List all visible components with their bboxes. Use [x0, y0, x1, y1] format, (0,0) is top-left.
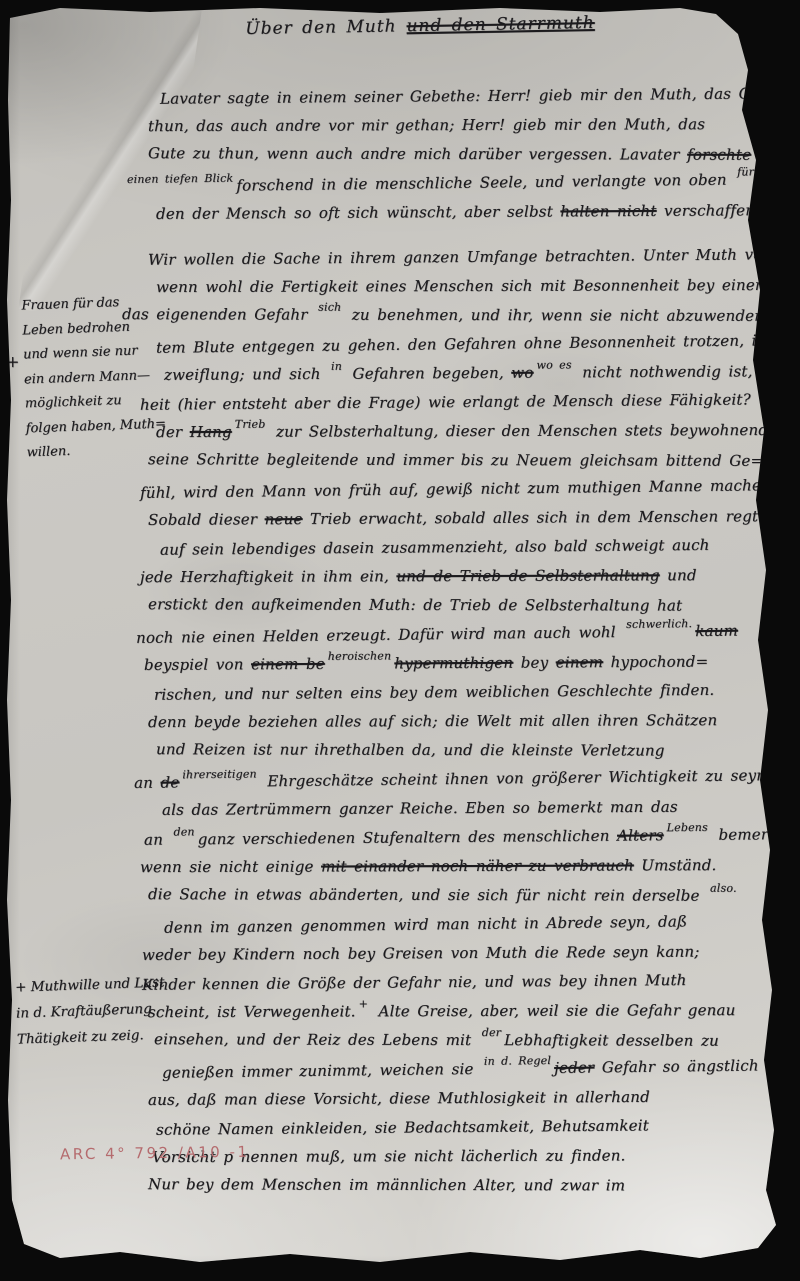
hw-text: genießen immer zunimmt, weichen sie: [162, 1060, 481, 1082]
hw-text: jede Herzhaftigkeit in ihm ein,: [140, 567, 396, 586]
hw-text: immer: [780, 146, 800, 164]
hw-text: Lavater sagte in einem seiner Gebethe: H…: [160, 84, 800, 108]
hw-struck: hypermuthigen: [394, 654, 513, 673]
hw-text: nicht nothwendig ist, heißt Tollkühn=: [575, 361, 800, 381]
handwriting-line: Lavater sagte in einem seiner Gebethe: H…: [160, 79, 778, 113]
scan-background: Über den Muthund den Starrmuth Lavater s…: [0, 0, 800, 1281]
hw-text: beyspiel von: [144, 655, 251, 674]
hw-sup: ihrerseitigen: [182, 759, 257, 789]
margin-note-line: folgen haben, Muth=: [25, 412, 166, 441]
hw-struck-underline: und den Starrmuth: [406, 13, 595, 36]
hw-text: heit (hier entsteht aber die Frage) wie …: [140, 390, 751, 413]
hw-text: als das Zertrümmern ganzer Reiche. Eben …: [162, 798, 678, 819]
hw-sup: +: [359, 989, 369, 1018]
hw-text: den der Mensch so oft sich wünscht, aber…: [156, 202, 560, 222]
hw-text: auf sein lebendiges dasein zusammenzieht…: [160, 536, 710, 559]
handwriting-line: aus, daß man diese Vorsicht, diese Muthl…: [148, 1082, 778, 1115]
handwriting-line: Sobald dieser neue Trieb erwacht, sobald…: [148, 502, 778, 535]
hw-sup: that: [754, 133, 777, 162]
hw-text: Sobald dieser: [148, 510, 265, 529]
margin-note-line: ein andern Mann—: [24, 363, 165, 392]
hw-struck: jeder: [554, 1058, 594, 1076]
hw-sup: schwerlich.: [626, 609, 692, 639]
hw-struck: Hang: [190, 423, 232, 441]
handwriting-line: Kinder kennen die Größe der Gefahr nie, …: [142, 965, 778, 1000]
hw-struck: mit einander noch näher zu verbrauch: [321, 856, 634, 875]
handwriting-line: rischen, und nur selten eins bey dem wei…: [154, 675, 778, 709]
handwriting-line: der HangTrieb zur Selbsterhaltung, diese…: [156, 416, 778, 447]
handwriting-line: weder bey Kindern noch bey Greisen von M…: [142, 937, 778, 970]
hw-text: weder bey Kindern noch bey Greisen von M…: [142, 943, 700, 964]
handwriting-line: den der Mensch so oft sich wünscht, aber…: [156, 196, 778, 229]
hw-sup: die Leichtsinn: [781, 317, 800, 347]
hw-text: und Reizen ist nur ihrethalben da, und d…: [156, 740, 665, 759]
hw-sup: wo es: [536, 350, 571, 379]
handwriting-line: die Sache in etwas abänderten, und sie s…: [148, 880, 778, 911]
margin-note-line: in d. Kraftäußerung: [16, 995, 166, 1026]
hw-struck: halten nicht: [560, 202, 656, 221]
hw-text: denn im ganzen genommen wird man nicht i…: [164, 912, 687, 936]
hw-struck: wo: [511, 364, 533, 382]
hw-struck: de: [160, 773, 179, 791]
handwriting-line: einsehen, und der Reiz des Lebens mit de…: [154, 1025, 778, 1056]
hw-text: wenn sie nicht einige: [140, 857, 321, 876]
hw-sup: Trieb: [235, 410, 266, 439]
page-title: Über den Muthund den Starrmuth: [120, 11, 720, 41]
hw-text: zweiflung; und sich: [164, 365, 328, 384]
hw-text: die Sache in etwas abänderten, und sie s…: [148, 885, 707, 904]
hw-text: an: [134, 774, 161, 792]
hw-text: scheint, ist Verwegenheit.: [148, 1002, 356, 1021]
hw-text: Gefahren begeben,: [345, 364, 511, 383]
margin-note-line: willen.: [26, 437, 167, 466]
hw-text: an: [144, 831, 171, 849]
handwriting-line: Nur bey dem Menschen im männlichen Alter…: [148, 1170, 778, 1201]
hw-text: Über den Muth: [245, 16, 397, 39]
hw-sup: den: [173, 817, 195, 846]
handwriting-line: jede Herzhaftigkeit in ihm ein, und de T…: [140, 561, 778, 592]
hw-text: wenn wohl die Fertigkeit eines Menschen …: [156, 276, 770, 296]
hw-text: bemerken,: [711, 825, 800, 844]
handwriting-line: an denganz verschiedenen Stufenaltern de…: [144, 820, 778, 855]
hw-struck: und de Trieb de Selbsterhaltung: [396, 566, 659, 585]
hw-struck: einem: [556, 653, 604, 671]
hw-text: schöne Namen einkleiden, sie Bedachtsamk…: [156, 1116, 649, 1138]
hw-text: Trieb erwacht, sobald alles sich in dem …: [302, 507, 758, 528]
hw-text: ganz verschiedenen Stufenaltern des mens…: [198, 827, 617, 849]
handwriting-line: wenn wohl die Fertigkeit eines Menschen …: [156, 271, 778, 302]
hw-struck: einem be: [251, 655, 325, 673]
handwriting-line: schöne Namen einkleiden, sie Bedachtsamk…: [156, 1110, 778, 1144]
hw-text: fühl, wird den Mann von früh auf, gewiß …: [140, 476, 776, 502]
handwriting-line: thun, das auch andre vor mir gethan; Her…: [148, 110, 778, 141]
handwriting-line: das eigenenden Gefahr sich zu benehmen, …: [122, 300, 778, 331]
hw-text: tem Blute entgegen zu gehen. den Gefahre…: [156, 331, 778, 357]
hw-sup: heroischen: [328, 641, 392, 670]
handwriting-line: scheint, ist Verwegenheit.+ Alte Greise,…: [148, 996, 778, 1027]
hw-text: aus, daß man diese Vorsicht, diese Muthl…: [148, 1088, 650, 1109]
handwriting-line: Wir wollen die Sache in ihrem ganzen Umf…: [148, 240, 778, 274]
hw-sup: Lebens: [666, 813, 708, 842]
hw-text: Gefahr so ängstlich: [594, 1056, 759, 1076]
hw-struck: kaum: [695, 622, 738, 641]
manuscript-page: Über den Muthund den Starrmuth Lavater s…: [0, 0, 800, 1281]
hw-text: Wir wollen die Sache in ihrem ganzen Umf…: [148, 245, 800, 269]
handwriting-line: auf sein lebendiges dasein zusammenzieht…: [160, 530, 778, 564]
handwriting-line: wenn sie nicht einige mit einander noch …: [140, 851, 778, 882]
hw-sup: also.: [710, 874, 737, 903]
hw-text: zu benehmen, und ihr, wenn sie nicht abz…: [344, 306, 800, 325]
hw-struck: Alters: [617, 826, 664, 844]
hw-text: und: [660, 566, 697, 584]
hw-text: rischen, und nur selten eins bey dem wei…: [154, 681, 715, 704]
handwriting-line: denn beyde beziehen alles auf sich; die …: [148, 706, 778, 737]
hw-text: denn beyde beziehen alles auf sich; die …: [148, 711, 717, 731]
hw-text: thun, das auch andre vor mir gethan; Her…: [148, 115, 705, 135]
hw-text: seine Schritte begleitende und immer bis…: [148, 450, 763, 470]
hw-text: verschaffen kann.: [657, 201, 800, 220]
hw-sup: in: [331, 352, 342, 381]
margin-note-upper: Frauen für dasLeben bedrohenund wenn sie…: [21, 290, 167, 466]
hw-text: hypochond=: [603, 652, 708, 671]
margin-note-lower: + Muthwille und Lustin d. KraftäußerungT…: [15, 969, 167, 1052]
hw-sup: der: [482, 1018, 501, 1047]
hw-text: zur Selbsterhaltung, dieser den Menschen…: [268, 421, 800, 441]
hw-text: erstickt den aufkeimenden Muth: de Trieb…: [148, 595, 682, 614]
hw-text: her=: [796, 276, 800, 294]
hw-sup: für: [737, 157, 754, 186]
manuscript-body: Lavater sagte in einem seiner Gebethe: H…: [148, 82, 778, 1200]
hw-text: Umständ.: [634, 856, 717, 874]
hw-text: Kinder kennen die Größe der Gefahr nie, …: [142, 971, 687, 994]
archive-number: ARC 4° 792 /A10 -1: [60, 1143, 250, 1164]
hw-text: Gute zu thun, wenn auch andre mich darüb…: [148, 144, 687, 163]
handwriting-line: beyspiel von einem beheroischenhypermuth…: [144, 647, 778, 680]
hw-text: einen Muth zu erhalten,: [757, 168, 800, 188]
hw-text: Alte Greise, aber, weil sie die Gefahr g…: [371, 1001, 736, 1020]
margin-note-line: Thätigkeit zu zeig.: [16, 1021, 166, 1052]
hw-text: Ehrgeschätze scheint ihnen von größerer …: [260, 766, 771, 790]
hw-sup: bey: [773, 263, 793, 292]
hw-text: Nur bey dem Menschen im männlichen Alter…: [148, 1175, 625, 1194]
hw-text: forschend in die menschliche Seele, und …: [236, 171, 734, 195]
hw-text: einsehen, und der Reiz des Lebens mit: [154, 1030, 479, 1049]
handwriting-line: zweiflung; und sich in Gefahren begeben,…: [164, 357, 778, 390]
hw-sup: sich: [318, 293, 341, 322]
handwriting-line: seine Schritte begleitende und immer bis…: [148, 445, 778, 476]
hw-struck: neue: [265, 510, 303, 528]
hw-text: bey: [513, 653, 556, 671]
plus-mark-icon: +: [6, 352, 19, 371]
hw-sup: in d. Regel: [484, 1046, 552, 1076]
hw-sup: einen tiefen Blick: [127, 164, 234, 194]
